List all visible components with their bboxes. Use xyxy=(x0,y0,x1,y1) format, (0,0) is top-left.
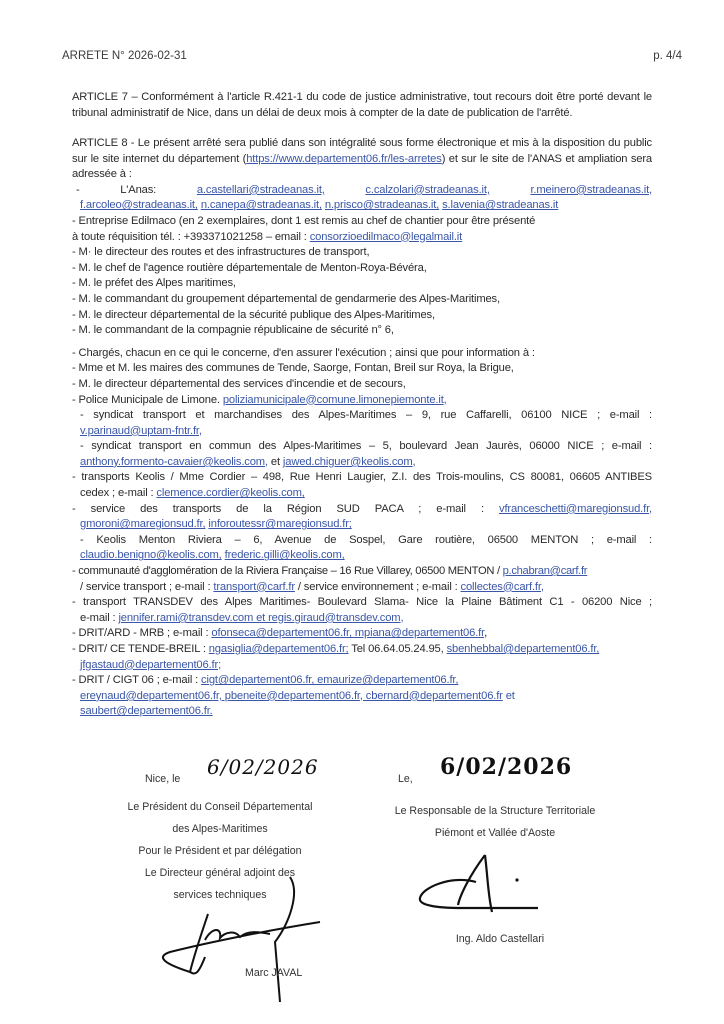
email-link[interactable]: n.prisco@stradeanas.it, xyxy=(325,199,439,211)
signature-castellari-icon xyxy=(400,850,600,930)
charged-line: - Chargés, chacun en ce qui le concerne,… xyxy=(72,346,652,362)
article-8-intro: ARTICLE 8 - Le présent arrêté sera publi… xyxy=(72,136,652,183)
drit-ard: - DRIT/ARD - MRB ; e-mail : ofonseca@dep… xyxy=(72,626,652,642)
transdev: - transport TRANSDEV des Alpes Maritimes… xyxy=(72,595,652,611)
signer-name-right: Ing. Aldo Castellari xyxy=(420,928,580,950)
email-link[interactable]: f.arcoleo@stradeanas.it, xyxy=(80,199,198,211)
signer-name-left: Marc JAVAL xyxy=(245,962,345,984)
handwritten-date: 6/02/2026 xyxy=(440,756,572,778)
email-link[interactable]: collectes@carf.fr, xyxy=(461,581,544,593)
email-link[interactable]: anthony.formento-cavaier@keolis.com, xyxy=(80,456,268,468)
anas-recipients: - L'Anas: a.castellari@stradeanas.it, c.… xyxy=(72,183,652,199)
email-link[interactable]: jennifer.rami@transdev.com et regis.gira… xyxy=(118,612,403,624)
email-link[interactable]: p.chabran@carf.fr xyxy=(503,565,588,577)
info-item: - Mme et M. les maires des communes de T… xyxy=(72,361,652,377)
email-link[interactable]: n.canepa@stradeanas.it, xyxy=(201,199,322,211)
email-link[interactable]: claudio.benigno@keolis.com, xyxy=(80,549,222,561)
drit-ce: - DRIT/ CE TENDE-BREIL : ngasiglia@depar… xyxy=(72,642,652,658)
email-link[interactable]: poliziamunicipale@comune.limonepiemonte.… xyxy=(223,394,447,406)
email-link[interactable]: saubert@departement06.fr. xyxy=(80,705,213,717)
syndicat-commun: - syndicat transport en commun des Alpes… xyxy=(72,439,652,455)
signature-place-date: Le, 6/02/2026 xyxy=(360,764,630,788)
info-item: - M. le directeur départemental des serv… xyxy=(72,377,652,393)
article-7-text: – Conformément à l'article R.421-1 du co… xyxy=(72,91,652,119)
keolis-cordier: - transports Keolis / Mme Cordier – 498,… xyxy=(72,470,652,486)
page-number: p. 4/4 xyxy=(653,50,682,62)
email-link[interactable]: consorzioedilmaco@legalmail.it xyxy=(310,231,462,243)
article-8-title: ARTICLE 8 xyxy=(72,137,127,149)
page-header: ARRETE N° 2026-02-31 p. 4/4 xyxy=(62,50,682,66)
carf: - communauté d'agglomération de la Rivie… xyxy=(72,564,652,580)
recipient-item: - M. le chef de l'agence routière départ… xyxy=(72,261,652,277)
email-link[interactable]: v.parinaud@uptam-fntr.fr, xyxy=(80,425,202,437)
edilmaco-line: - Entreprise Edilmaco (en 2 exemplaires,… xyxy=(72,214,652,230)
email-link[interactable]: inforoutessr@maregionsud.fr; xyxy=(208,518,351,530)
email-link[interactable]: vfranceschetti@maregionsud.fr, xyxy=(499,503,652,515)
article-7: ARTICLE 7 – Conformément à l'article R.4… xyxy=(72,90,652,121)
recipient-item: - M. le directeur départemental de la sé… xyxy=(72,308,652,324)
drit-cigt: - DRIT / CIGT 06 ; e-mail : cigt@departe… xyxy=(72,673,652,689)
recipient-item: - M. le commandant du groupement départe… xyxy=(72,292,652,308)
syndicat-marchandises: - syndicat transport et marchandises des… xyxy=(72,408,652,424)
email-link[interactable]: ofonseca@departement06.fr, mpiana@depart… xyxy=(211,627,484,639)
arrete-reference: ARRETE N° 2026-02-31 xyxy=(62,50,187,62)
email-link[interactable]: jawed.chiguer@keolis.com, xyxy=(283,456,416,468)
edilmaco-line-2: à toute réquisition tél. : +393371021258… xyxy=(72,230,652,246)
email-link[interactable]: frederic.gilli@keolis.com, xyxy=(225,549,345,561)
email-link[interactable]: a.castellari@stradeanas.it, xyxy=(197,184,325,196)
region-sud: - service des transports de la Région SU… xyxy=(72,502,652,518)
signature-place-date: Nice, le 6/02/2026 xyxy=(95,764,345,788)
email-link[interactable]: c.calzolari@stradeanas.it, xyxy=(365,184,489,196)
email-link[interactable]: cigt@departement06.fr, emaurize@departem… xyxy=(201,674,458,686)
recipient-item: - M. le commandant de la compagnie répub… xyxy=(72,323,652,339)
email-link[interactable]: ngasiglia@departement06.fr; xyxy=(209,643,349,655)
email-link[interactable]: jfgastaud@departement06.fr; xyxy=(80,659,221,671)
anas-recipients-cont: f.arcoleo@stradeanas.it, n.canepa@strade… xyxy=(72,198,652,214)
email-link[interactable]: s.lavenia@stradeanas.it xyxy=(442,199,558,211)
recipient-item: - M· le directeur des routes et des infr… xyxy=(72,245,652,261)
article-8: ARTICLE 8 - Le présent arrêté sera publi… xyxy=(72,136,652,720)
keolis-menton: - Keolis Menton Riviera – 6, Avenue de S… xyxy=(72,533,652,549)
handwritten-date: 6/02/2026 xyxy=(207,756,319,778)
recipient-item: - M. le préfet des Alpes maritimes, xyxy=(72,276,652,292)
email-link[interactable]: r.meinero@stradeanas.it, xyxy=(530,184,652,196)
email-link[interactable]: gmoroni@maregionsud.fr, xyxy=(80,518,205,530)
article-7-title: ARTICLE 7 xyxy=(72,91,128,103)
email-link[interactable]: clemence.cordier@keolis.com, xyxy=(156,487,304,499)
website-link[interactable]: https://www.departement06.fr/les-arretes xyxy=(246,153,441,165)
email-link[interactable]: transport@carf.fr xyxy=(213,581,295,593)
signature-block-right: Le, 6/02/2026 Le Responsable de la Struc… xyxy=(360,764,630,844)
email-link[interactable]: sbenhebbal@departement06.fr, xyxy=(447,643,600,655)
police-item: - Police Municipale de Limone. poliziamu… xyxy=(72,393,652,409)
email-link[interactable]: ereynaud@departement06.fr, pbeneite@depa… xyxy=(80,690,503,702)
